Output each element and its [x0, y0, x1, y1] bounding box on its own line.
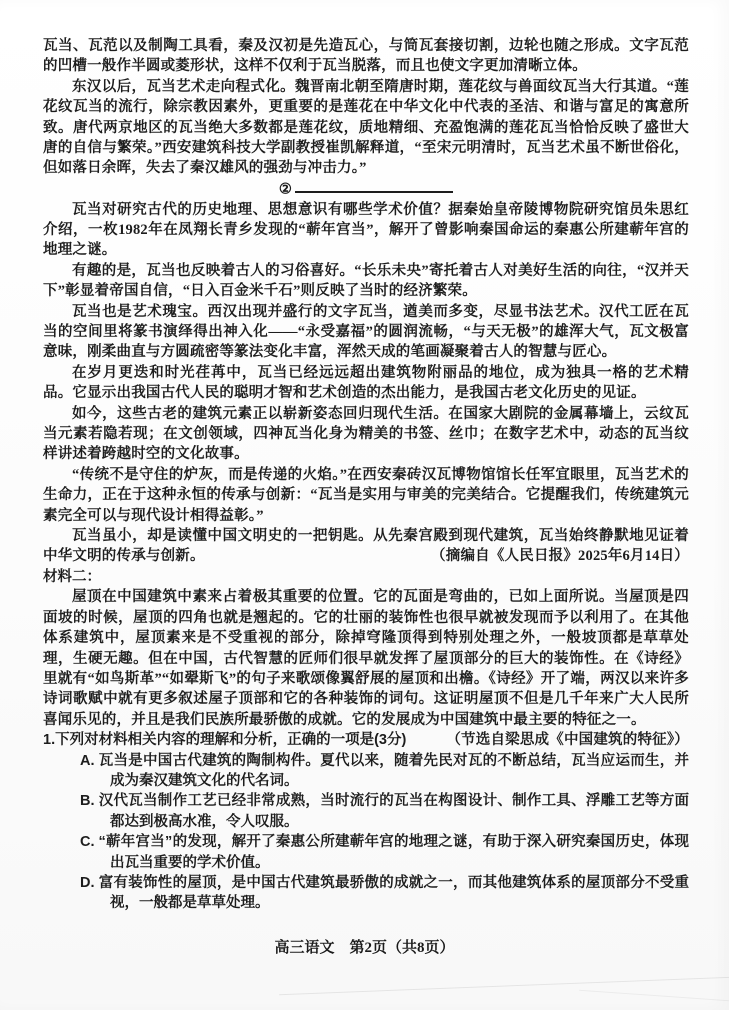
- option-a: A.瓦当是中国古代建筑的陶制构件。夏代以来，随着先民对瓦的不断总结，瓦当应运而生…: [80, 751, 689, 792]
- scan-crease: [279, 976, 729, 995]
- material-two-body: 屋顶在中国建筑中素来占着极其重要的位置。它的瓦面是弯曲的，已如上面所说。当屋顶是…: [43, 587, 689, 730]
- page-footer: 高三语文 第2页（共8页）: [0, 936, 729, 957]
- paragraph-art-treasure: 瓦当也是艺术瑰宝。西汉出现并盛行的文字瓦当，遒美而多变，尽显书法艺术。汉代工匠在…: [43, 302, 689, 363]
- subheading-number: ②: [279, 181, 292, 197]
- option-d-label: D.: [80, 875, 99, 891]
- option-a-text: 瓦当是中国古代建筑的陶制构件。夏代以来，随着先民对瓦的不断总结，瓦当应运而生，并…: [99, 753, 690, 789]
- paragraph-conclusion: 瓦当虽小，却是读懂中国文明史的一把钥匙。从先秦宫殿到现代建筑，瓦当始终静默地见证…: [43, 526, 689, 567]
- option-c: C.“蕲年宫当”的发现，解开了秦惠公所建蕲年宫的地理之谜，有助于深入研究秦国历史…: [80, 832, 689, 873]
- blank-line: [295, 179, 453, 193]
- paragraph-customs: 有趣的是，瓦当也反映着古人的习俗喜好。“长乐未央”寄托着古人对美好生活的向往，“…: [43, 261, 689, 302]
- document-body: 瓦当、瓦范以及制陶工具看，秦及汉初是先造瓦心，与筒瓦套接切割，边轮也随之形成。文…: [43, 36, 689, 914]
- paragraph-eastern-han: 东汉以后，瓦当艺术走向程式化。魏晋南北朝至隋唐时期，莲花纹与兽面纹瓦当大行其道。…: [43, 77, 689, 179]
- paragraph-modern-return: 如今，这些古老的建筑元素正以崭新姿态回归现代生活。在国家大剧院的金属幕墙上，云纹…: [43, 404, 689, 465]
- page-footer-text: 高三语文 第2页（共8页）: [274, 940, 454, 956]
- paragraph-art-status: 在岁月更迭和时光荏苒中，瓦当已经远远超出建筑物附丽品的地位，成为独具一格的艺术精…: [43, 363, 689, 404]
- scan-crease-small: [579, 990, 729, 1001]
- option-b-label: B.: [80, 793, 99, 809]
- option-d: D.富有装饰性的屋顶，是中国古代建筑最骄傲的成就之一，而其他建筑体系的屋顶部分不…: [80, 873, 689, 914]
- material-two-citation: （节选自梁思成《中国建筑的特征》）: [446, 730, 689, 750]
- material-two-label: 材料二：: [43, 567, 689, 587]
- exam-page: 瓦当、瓦范以及制陶工具看，秦及汉初是先造瓦心，与筒瓦套接切割，边轮也随之形成。文…: [0, 0, 729, 1010]
- question-1: 1.下列对材料相关内容的理解和分析，正确的一项是(3分) A.瓦当是中国古代建筑…: [43, 730, 689, 914]
- option-b: B.汉代瓦当制作工艺已经非常成熟，当时流行的瓦当在构图设计、制作工具、浮雕工艺等…: [80, 791, 689, 832]
- paragraph-inheritance: “传统不是守住的炉灰，而是传递的火焰。”在西安秦砖汉瓦博物馆馆长任军宜眼里，瓦当…: [43, 465, 689, 526]
- option-b-text: 汉代瓦当制作工艺已经非常成熟，当时流行的瓦当在构图设计、制作工具、浮雕工艺等方面…: [99, 793, 690, 829]
- option-c-label: C.: [80, 834, 99, 850]
- option-d-text: 富有装饰性的屋顶，是中国古代建筑最骄傲的成就之一，而其他建筑体系的屋顶部分不受重…: [99, 875, 690, 911]
- material-one-citation: （摘编自《人民日报》2025年6月14日）: [431, 546, 689, 566]
- option-a-label: A.: [80, 753, 99, 769]
- paragraph-continuation: 瓦当、瓦范以及制陶工具看，秦及汉初是先造瓦心，与筒瓦套接切割，边轮也随之形成。文…: [43, 36, 689, 77]
- paragraph-academic-value: 瓦当对研究古代的历史地理、思想意识有哪些学术价值？据秦始皇帝陵博物院研究馆员朱思…: [43, 200, 689, 261]
- blank-subheading: ②: [43, 179, 689, 200]
- option-c-text: “蕲年宫当”的发现，解开了秦惠公所建蕲年宫的地理之谜，有助于深入研究秦国历史，体…: [99, 834, 690, 870]
- material-two-text: 屋顶在中国建筑中素来占着极其重要的位置。它的瓦面是弯曲的，已如上面所说。当屋顶是…: [43, 589, 689, 727]
